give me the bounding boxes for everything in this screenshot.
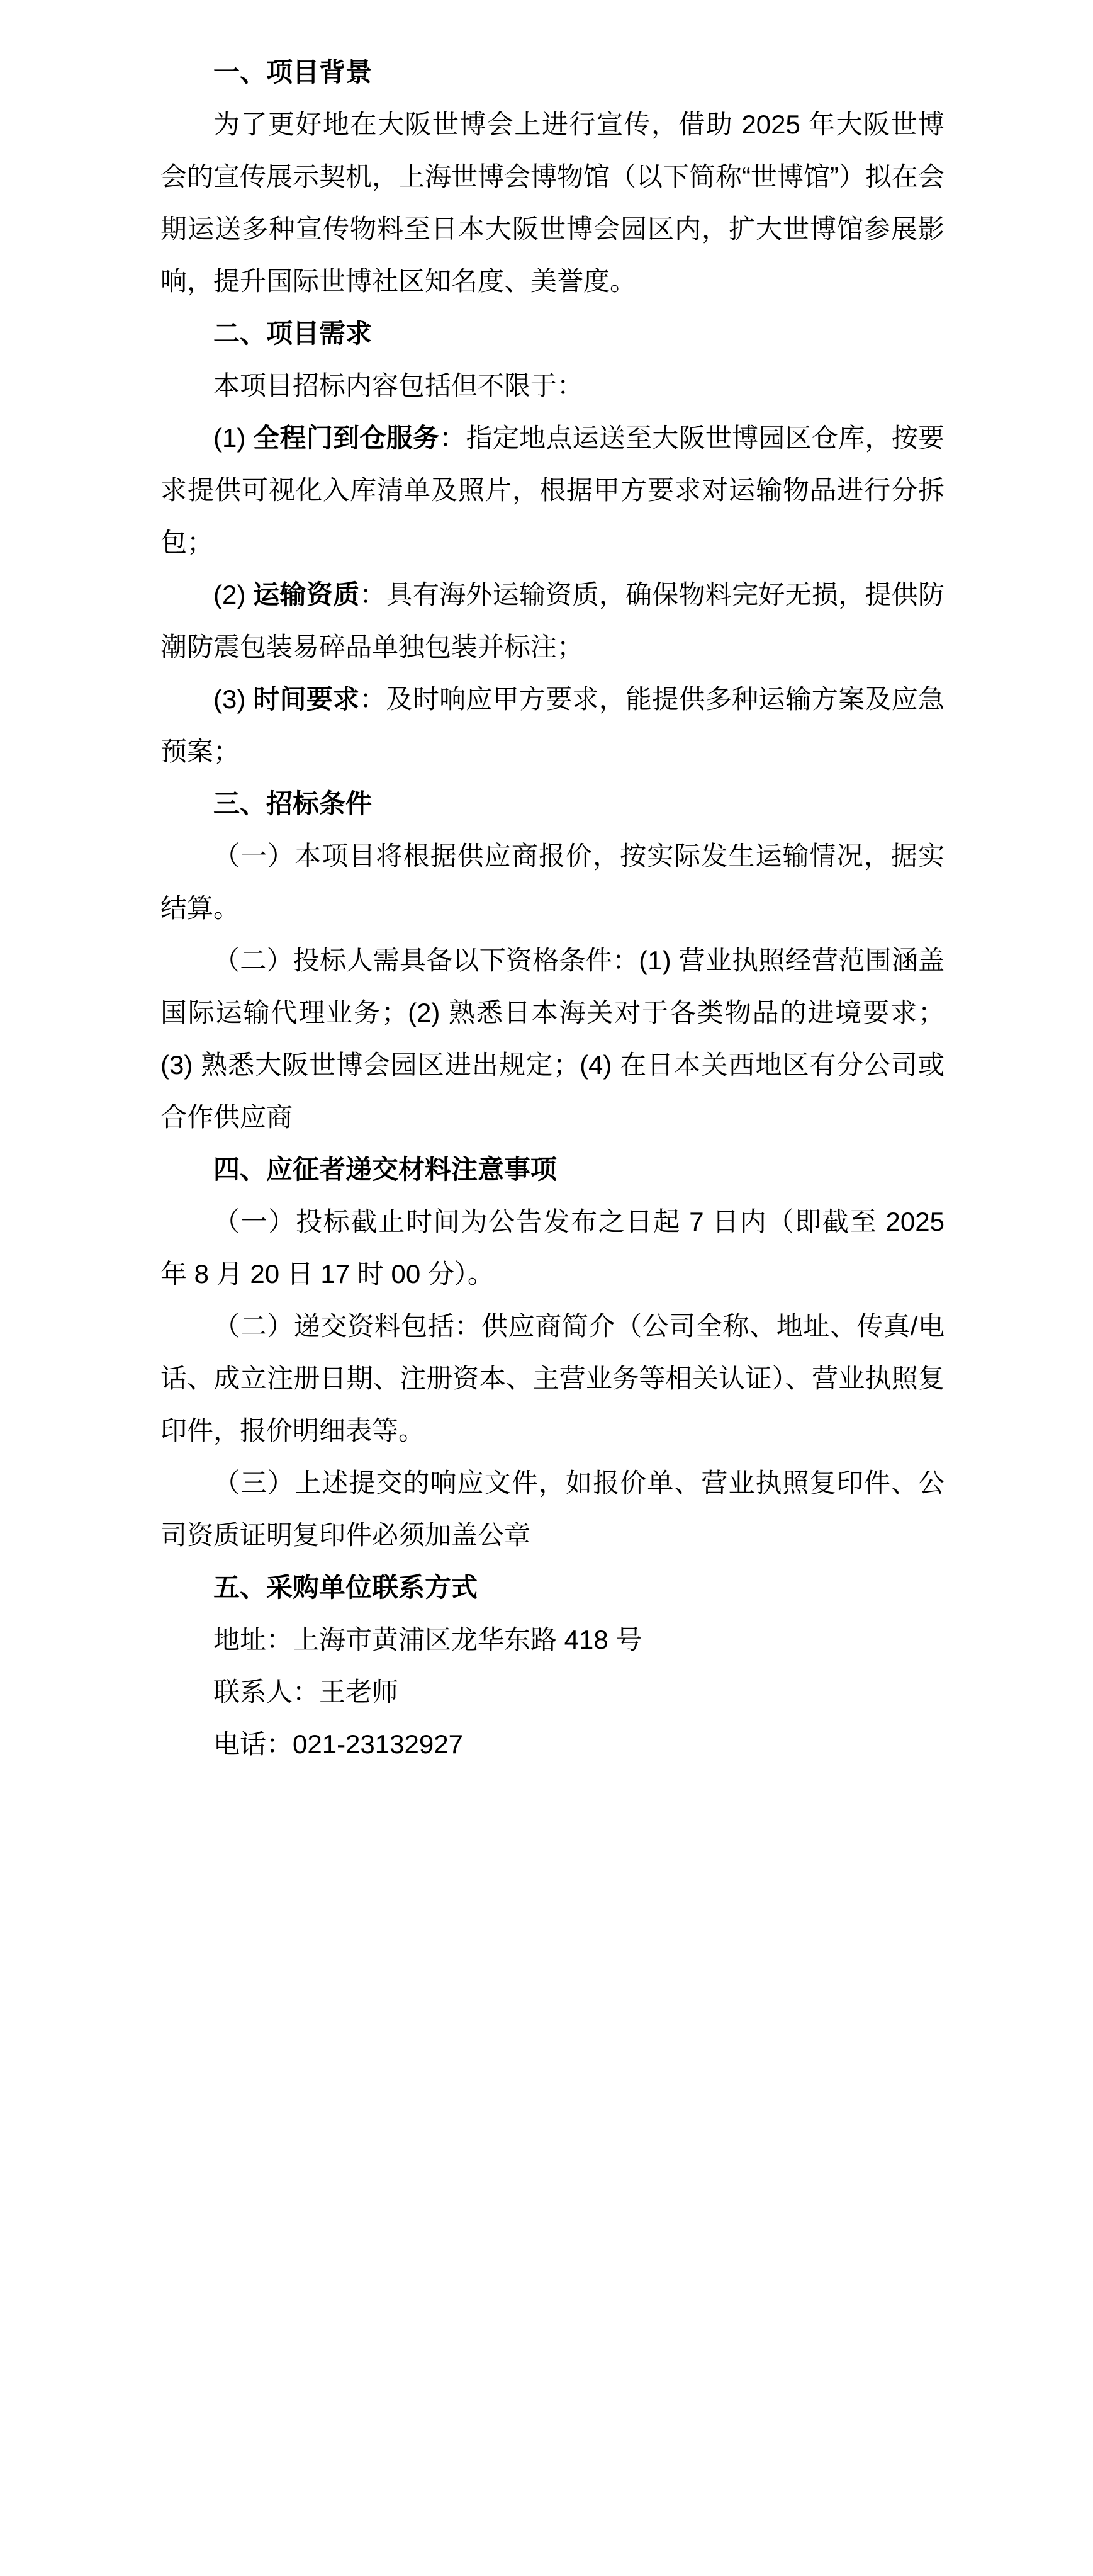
- section-heading: 一、项目背景: [160, 46, 944, 98]
- paragraph: (1) 全程门到仓服务：指定地点运送至大阪世博园区仓库，按要求提供可视化入库清单…: [160, 412, 944, 568]
- paragraph: （二）递交资料包括：供应商简介（公司全称、地址、传真/电话、成立注册日期、注册资…: [160, 1300, 944, 1457]
- paragraph: （一）本项目将根据供应商报价，按实际发生运输情况，据实结算。: [160, 830, 944, 934]
- text-run: (3): [213, 684, 253, 714]
- text-run: 为了更好地在大阪世博会上进行宣传，借助 2025 年大阪世博会的宣传展示契机，上…: [160, 110, 944, 296]
- bold-run: 运输资质: [253, 580, 359, 609]
- text-run: （二）递交资料包括：供应商简介（公司全称、地址、传真/电话、成立注册日期、注册资…: [160, 1311, 944, 1445]
- paragraph: （二）投标人需具备以下资格条件：(1) 营业执照经营范围涵盖国际运输代理业务；(…: [160, 934, 944, 1143]
- bold-run: 时间要求: [253, 684, 359, 714]
- text-run: (1): [213, 423, 253, 453]
- text-run: 本项目招标内容包括但不限于：: [213, 371, 583, 400]
- paragraph: 为了更好地在大阪世博会上进行宣传，借助 2025 年大阪世博会的宣传展示契机，上…: [160, 98, 944, 307]
- text-run: 电话：021-23132927: [213, 1729, 463, 1759]
- paragraph: 联系人：王老师: [160, 1666, 944, 1718]
- text-run: （三）上述提交的响应文件，如报价单、营业执照复印件、公司资质证明复印件必须加盖公…: [160, 1468, 944, 1550]
- text-run: （二）投标人需具备以下资格条件：(1) 营业执照经营范围涵盖国际运输代理业务；(…: [160, 946, 944, 1132]
- bold-run: 全程门到仓服务: [253, 423, 439, 453]
- section-heading: 二、项目需求: [160, 307, 944, 359]
- paragraph: （三）上述提交的响应文件，如报价单、营业执照复印件、公司资质证明复印件必须加盖公…: [160, 1457, 944, 1561]
- section-heading: 四、应征者递交材料注意事项: [160, 1143, 944, 1195]
- section-heading: 五、采购单位联系方式: [160, 1561, 944, 1613]
- paragraph: 地址：上海市黄浦区龙华东路 418 号: [160, 1613, 944, 1666]
- text-run: （一）本项目将根据供应商报价，按实际发生运输情况，据实结算。: [160, 841, 944, 923]
- paragraph: (2) 运输资质：具有海外运输资质，确保物料完好无损，提供防潮防震包装易碎品单独…: [160, 568, 944, 673]
- text-run: （一）投标截止时间为公告发布之日起 7 日内（即截至 2025 年 8 月 20…: [160, 1207, 944, 1289]
- text-run: 联系人：王老师: [213, 1677, 398, 1707]
- document-page: 一、项目背景为了更好地在大阪世博会上进行宣传，借助 2025 年大阪世博会的宣传…: [0, 0, 1093, 2576]
- text-run: (2): [213, 580, 253, 609]
- document-body: 一、项目背景为了更好地在大阪世博会上进行宣传，借助 2025 年大阪世博会的宣传…: [160, 46, 944, 1770]
- paragraph: (3) 时间要求：及时响应甲方要求，能提供多种运输方案及应急预案；: [160, 673, 944, 777]
- paragraph: （一）投标截止时间为公告发布之日起 7 日内（即截至 2025 年 8 月 20…: [160, 1195, 944, 1300]
- section-heading: 三、招标条件: [160, 777, 944, 830]
- text-run: 地址：上海市黄浦区龙华东路 418 号: [213, 1625, 642, 1654]
- paragraph: 本项目招标内容包括但不限于：: [160, 359, 944, 412]
- paragraph: 电话：021-23132927: [160, 1718, 944, 1770]
